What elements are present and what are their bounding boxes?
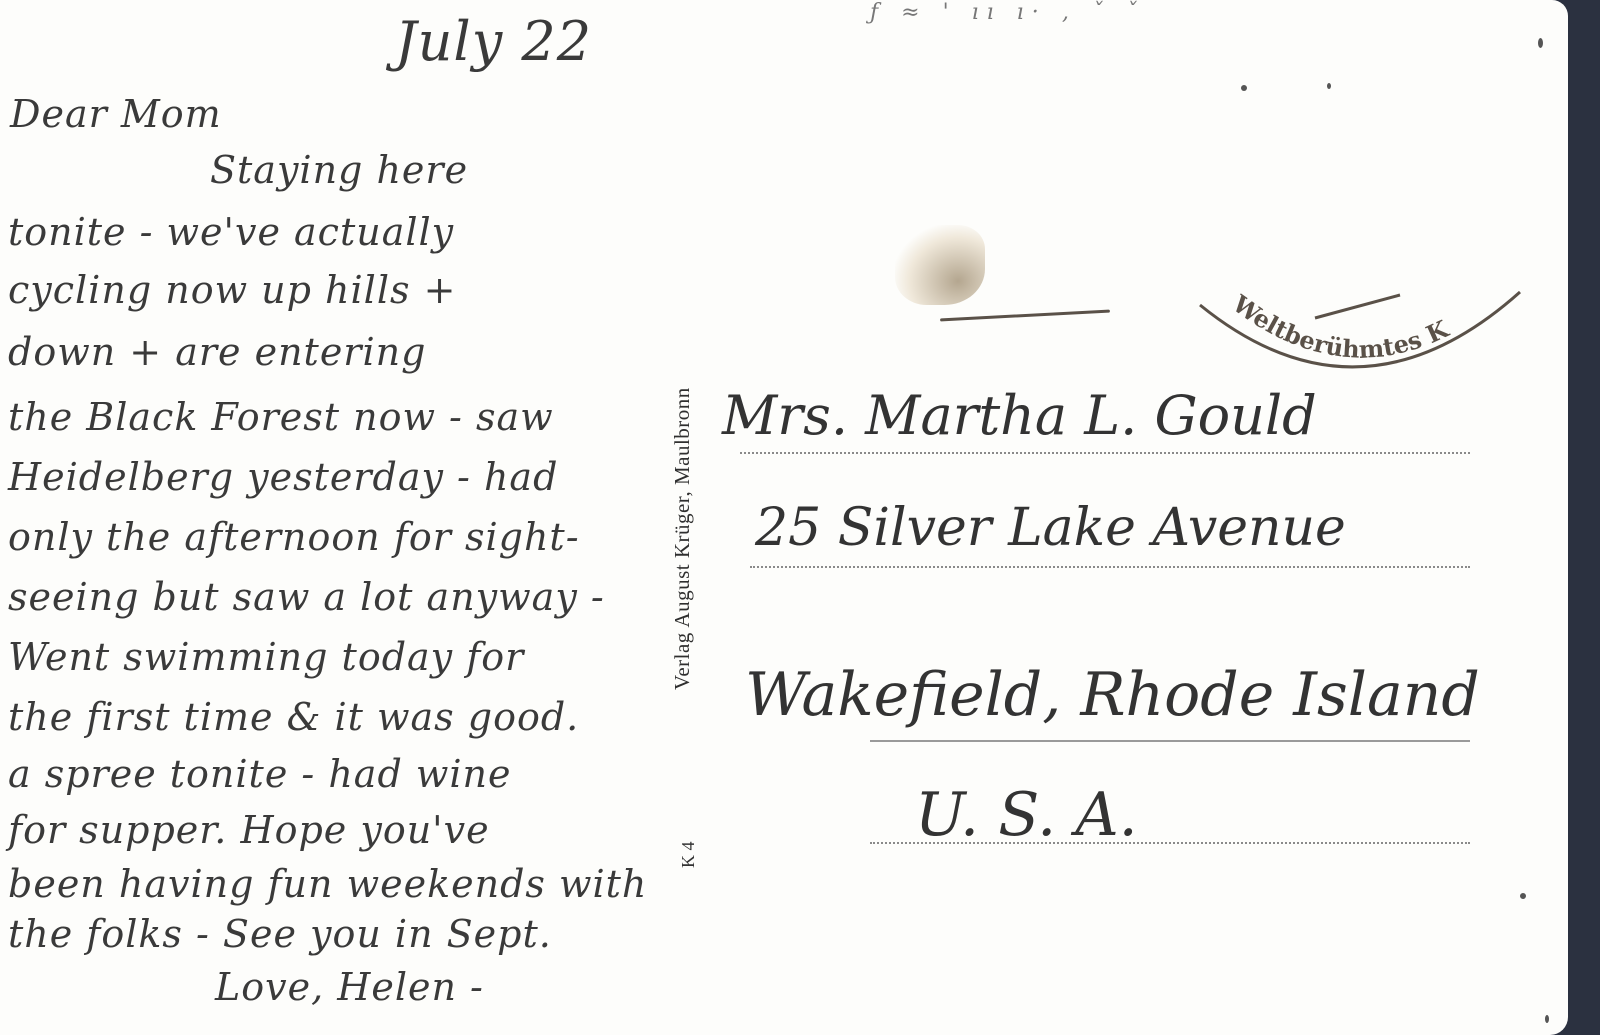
letter-line: Heidelberg yesterday - had [8, 455, 558, 499]
wear-speck [1520, 893, 1526, 899]
letter-signature: Love, Helen - [215, 965, 484, 1009]
letter-line: down + are entering [8, 330, 426, 374]
address-rule-3 [870, 740, 1470, 742]
letter-line: the first time & it was good. [8, 695, 579, 739]
letter-line: cycling now up hills + [8, 268, 456, 312]
postmark-text: Weltberühmtes K [1227, 288, 1454, 363]
postcard-back: ƒ ≈ ' ıı ı· ‚ ˇ ˇ July 22 Dear Mom Stayi… [0, 0, 1568, 1035]
wear-speck [1545, 1015, 1549, 1023]
letter-line: Went swimming today for [8, 635, 524, 679]
paper-stain [895, 225, 985, 305]
letter-line: seeing but saw a lot anyway - [8, 575, 605, 619]
letter-line-salutation: Dear Mom [10, 92, 222, 136]
publisher-imprint: Verlag August Krüger, Maulbronn [670, 387, 695, 690]
letter-line: tonite - we've actually [8, 210, 454, 254]
print-code: K 4 [678, 842, 699, 869]
letter-line: a spree tonite - had wine [8, 752, 512, 796]
address-recipient-name: Mrs. Martha L. Gould [722, 384, 1317, 447]
letter-date: July 22 [395, 10, 592, 73]
letter-line: the folks - See you in Sept. [8, 912, 552, 956]
svg-text:Weltberühmtes K: Weltberühmtes K [1227, 288, 1454, 363]
letter-line: only the afternoon for sight- [8, 515, 580, 559]
wear-speck [1327, 83, 1331, 89]
address-country: U. S. A. [915, 780, 1138, 850]
address-city-state: Wakefield, Rhode Island [745, 660, 1480, 730]
letter-line: for supper. Hope you've [8, 808, 490, 852]
address-rule-1 [740, 452, 1470, 454]
postmark-stamp: Weltberühmtes K [1195, 250, 1525, 390]
letter-line: the Black Forest now - saw [8, 395, 554, 439]
top-edge-marks: ƒ ≈ ' ıı ı· ‚ ˇ ˇ [870, 0, 1145, 25]
cancel-mark-line [940, 310, 1110, 322]
wear-speck [1241, 85, 1247, 91]
letter-line: been having fun weekends with [8, 862, 647, 906]
wear-speck [1538, 38, 1543, 48]
address-rule-2 [750, 566, 1470, 568]
address-street: 25 Silver Lake Avenue [755, 498, 1346, 558]
letter-line: Staying here [210, 148, 468, 192]
